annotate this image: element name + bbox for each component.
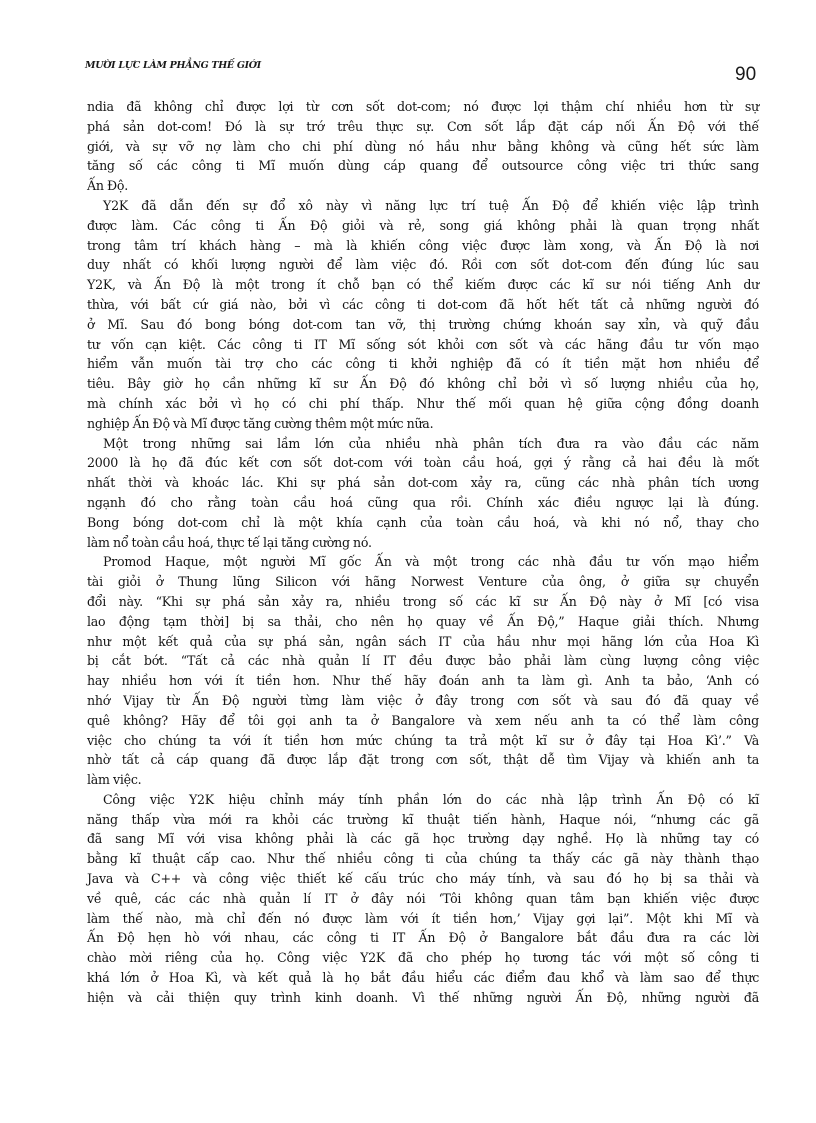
text-line: nghiệp Ấn Độ và Mĩ được tăng cường thêm … [87,414,759,434]
text-line: hiểm vẫn muốn tài trợ cho các công ti kh… [87,354,759,374]
text-line: tăng số các công ti Mĩ muốn dùng cáp qua… [87,156,759,176]
text-line: hiện và cải thiện quy trình kinh doanh. … [87,988,759,1008]
text-line: nhất thời và khoác lác. Khi sự phá sản d… [87,473,759,493]
text-line: tài giỏi ở Thung lũng Silicon với hãng N… [87,572,759,592]
paragraph-2: Y2K đã dẫn đến sự đổ xô này vì năng lực … [87,196,759,434]
text-line: mà chính xác bởi vì họ có chi phí thấp. … [87,394,759,414]
text-line: quê không? Hãy để tôi gọi anh ta ở Banga… [87,711,759,731]
running-header-title: MƯỜI LỰC LÀM PHẲNG THẾ GIỚI [85,60,261,71]
text-line: Ấn Độ. [87,176,759,196]
text-line: làm nổ toàn cầu hoá, thực tế lại tăng cư… [87,533,759,553]
text-line: Công việc Y2K hiệu chỉnh máy tính phần l… [87,790,759,810]
text-line: tiêu. Bây giờ họ cần những kĩ sư Ấn Độ đ… [87,374,759,394]
text-line: thừa, với bất cứ giá nào, bởi vì các côn… [87,295,759,315]
text-line: năng thấp vừa mới ra khỏi các trường kĩ … [87,810,759,830]
text-line: Ấn Độ hẹn hò với nhau, các công ti IT Ấn… [87,928,759,948]
body-text: ndia đã không chỉ được lợi từ cơn sốt do… [87,97,759,1008]
text-line: ở Mĩ. Sau đó bong bóng dot-com tan vỡ, t… [87,315,759,335]
page-number: 90 [735,64,756,86]
text-line: đã sang Mĩ với visa không phải là các gã… [87,829,759,849]
text-line: nhớ Vijay từ Ấn Độ người từng làm việc ở… [87,691,759,711]
text-line: 2000 là họ đã đúc kết cơn sốt dot-com vớ… [87,453,759,473]
text-line: Y2K đã dẫn đến sự đổ xô này vì năng lực … [87,196,759,216]
paragraph-1: ndia đã không chỉ được lợi từ cơn sốt do… [87,97,759,196]
text-line: Promod Haque, một người Mĩ gốc Ấn và một… [87,552,759,572]
text-line: làm việc. [87,770,759,790]
text-line: việc cho chúng ta với ít tiền hơn mức ch… [87,731,759,751]
text-line: ndia đã không chỉ được lợi từ cơn sốt do… [87,97,759,117]
paragraph-5: Công việc Y2K hiệu chỉnh máy tính phần l… [87,790,759,1008]
text-line: về quê, các các nhà quản lí IT ở đây nói… [87,889,759,909]
text-line: lao động tạm thời] bị sa thải, cho nên h… [87,612,759,632]
text-line: duy nhất có khối lượng người để làm việc… [87,255,759,275]
text-line: giới, và sự vỡ nợ làm cho chi phí dùng n… [87,137,759,157]
text-line: Một trong những sai lầm lớn của nhiều nh… [87,434,759,454]
text-line: đổi này. “Khi sự phá sản xảy ra, nhiều t… [87,592,759,612]
text-line: khá lớn ở Hoa Kì, và kết quả là họ bắt đ… [87,968,759,988]
text-line: phá sản dot-com! Đó là sự trớ trêu thực … [87,117,759,137]
text-line: chào mời riêng của họ. Công việc Y2K đã … [87,948,759,968]
text-line: được làm. Các công ti Ấn Độ giỏi và rẻ, … [87,216,759,236]
paragraph-4: Promod Haque, một người Mĩ gốc Ấn và một… [87,552,759,790]
text-line: bằng kĩ thuật cấp cao. Như thế nhiều côn… [87,849,759,869]
text-line: trong tâm trí khách hàng – mà là khiến c… [87,236,759,256]
text-line: nhờ tất cả cáp quang đã được lắp đặt tro… [87,750,759,770]
text-line: ngạnh đó cho rằng toàn cầu hoá cũng qua … [87,493,759,513]
text-line: hay nhiều hơn với ít tiền hơn. Như thế h… [87,671,759,691]
text-line: tư vốn cạn kiệt. Các công ti IT Mĩ sống … [87,335,759,355]
text-line: bị cắt bớt. “Tất cả các nhà quản lí IT đ… [87,651,759,671]
text-line: Bong bóng dot-com chỉ là một khía cạnh c… [87,513,759,533]
text-line: như một kết quả của sự phá sản, ngân sác… [87,632,759,652]
paragraph-3: Một trong những sai lầm lớn của nhiều nh… [87,434,759,553]
text-line: Java và C++ và công việc thiết kế cấu tr… [87,869,759,889]
text-line: làm thế nào, mà chỉ đến nó được làm với … [87,909,759,929]
text-line: Y2K, và Ấn Độ là một trong ít chỗ bạn có… [87,275,759,295]
